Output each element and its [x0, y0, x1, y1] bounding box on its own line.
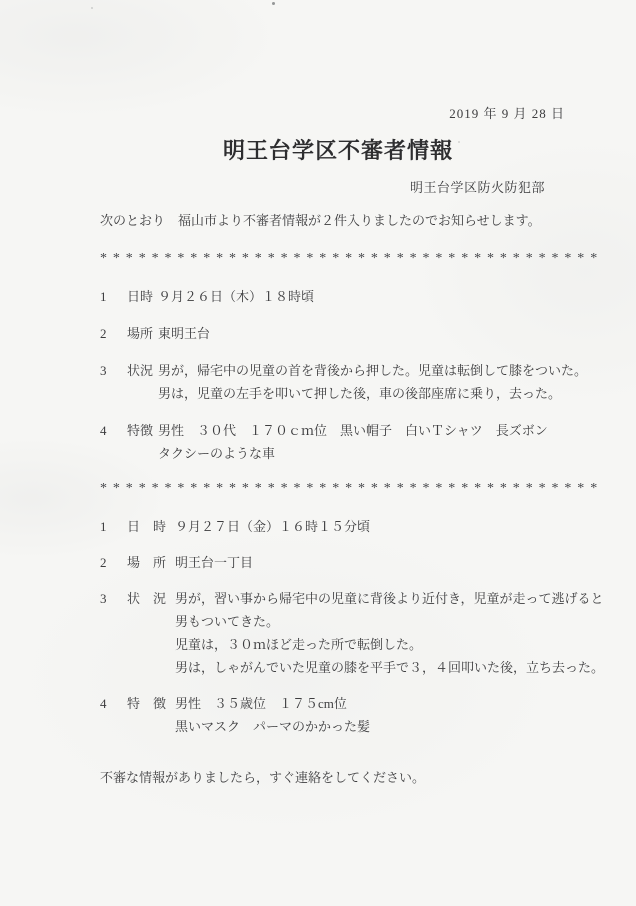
- feature-line: 黒いマスク パーマのかかった髪: [175, 715, 596, 738]
- situation-line: 男が，帰宅中の児童の首を背後から押した。児童は転倒して膝をついた。: [158, 359, 596, 382]
- situation-line: 男は，しゃがんでいた児童の膝を平手で３，４回叩いた後，立ち去った。: [175, 656, 604, 679]
- feature-line: 男性 ３０代 １７０ｃｍ位 黒い帽子 白いＴシャツ 長ズボン: [158, 419, 596, 442]
- incident-2-place-row: 2 場 所 明王台一丁目: [100, 551, 596, 574]
- item-number: 2: [100, 551, 127, 574]
- incident-2-datetime-row: 1 日 時 ９月２７日（金）１６時１５分頃: [100, 515, 596, 538]
- asterisk-separator: * * * * * * * * * * * * * * * * * * * * …: [100, 481, 598, 497]
- incident-2-situation-row: 3 状 況 男が，習い事から帰宅中の児童に背後より近付き，児童が走って逃げると …: [100, 587, 596, 679]
- item-label: 場 所: [127, 551, 175, 574]
- scan-speck: [272, 2, 275, 5]
- situation-line: 児童は，３０ｍほど走った所で転倒した。: [175, 633, 604, 656]
- item-number: 1: [100, 285, 127, 308]
- incident-2: 1 日 時 ９月２７日（金）１６時１５分頃 2 場 所 明王台一丁目 3 状 況…: [100, 515, 596, 751]
- document-title: 明王台学区不審者情報: [100, 134, 576, 165]
- incident-1-features-row: 4 特徴 男性 ３０代 １７０ｃｍ位 黒い帽子 白いＴシャツ 長ズボン タクシー…: [100, 419, 596, 465]
- item-value: ９月２７日（金）１６時１５分頃: [175, 515, 596, 538]
- issuing-organization: 明王台学区防火防犯部: [410, 177, 545, 196]
- incident-1-datetime-row: 1 日時 ９月２６日（木）１８時頃: [100, 285, 596, 308]
- item-value: 明王台一丁目: [175, 551, 596, 574]
- item-number: 4: [100, 419, 127, 442]
- feature-line: 男性 ３５歳位 １７５cm位: [175, 692, 596, 715]
- item-label: 状 況: [127, 587, 175, 610]
- document-date: 2019 年 9 月 28 日: [449, 103, 565, 122]
- situation-line: 男は，児童の左手を叩いて押した後，車の後部座席に乗り，去った。: [158, 382, 596, 405]
- incident-2-features-row: 4 特 徴 男性 ３５歳位 １７５cm位 黒いマスク パーマのかかった髪: [100, 692, 596, 738]
- item-number: 2: [100, 322, 127, 345]
- item-number: 3: [100, 587, 127, 610]
- item-label: 場所: [127, 322, 158, 345]
- item-value: 男が，習い事から帰宅中の児童に背後より近付き，児童が走って逃げると 男もついてき…: [175, 587, 604, 679]
- incident-1-place-row: 2 場所 東明王台: [100, 322, 596, 345]
- intro-text: 次のとおり 福山市より不審者情報が２件入りましたのでお知らせします。: [100, 210, 541, 229]
- scan-speck: [91, 7, 93, 9]
- situation-line: 男が，習い事から帰宅中の児童に背後より近付き，児童が走って逃げると: [175, 587, 604, 610]
- item-label: 特徴: [127, 419, 158, 442]
- item-number: 3: [100, 359, 127, 382]
- item-number: 4: [100, 692, 127, 715]
- incident-1: 1 日時 ９月２６日（木）１８時頃 2 場所 東明王台 3 状況 男が，帰宅中の…: [100, 285, 596, 479]
- asterisk-separator: * * * * * * * * * * * * * * * * * * * * …: [100, 251, 598, 267]
- scanned-notice-page: 2019 年 9 月 28 日 明王台学区不審者情報 明王台学区防火防犯部 次の…: [0, 0, 636, 906]
- item-value: ９月２６日（木）１８時頃: [158, 285, 596, 308]
- contact-notice: 不審な情報がありましたら，すぐ連絡をしてください。: [100, 767, 425, 786]
- item-label: 日 時: [127, 515, 175, 538]
- feature-line: タクシーのような車: [158, 442, 596, 465]
- item-value: 男性 ３５歳位 １７５cm位 黒いマスク パーマのかかった髪: [175, 692, 596, 738]
- item-number: 1: [100, 515, 127, 538]
- item-value: 男が，帰宅中の児童の首を背後から押した。児童は転倒して膝をついた。 男は，児童の…: [158, 359, 596, 405]
- item-value: 男性 ３０代 １７０ｃｍ位 黒い帽子 白いＴシャツ 長ズボン タクシーのような車: [158, 419, 596, 465]
- item-label: 日時: [127, 285, 158, 308]
- item-value: 東明王台: [158, 322, 596, 345]
- incident-1-situation-row: 3 状況 男が，帰宅中の児童の首を背後から押した。児童は転倒して膝をついた。 男…: [100, 359, 596, 405]
- item-label: 特 徴: [127, 692, 175, 715]
- situation-line: 男もついてきた。: [175, 610, 604, 633]
- item-label: 状況: [127, 359, 158, 382]
